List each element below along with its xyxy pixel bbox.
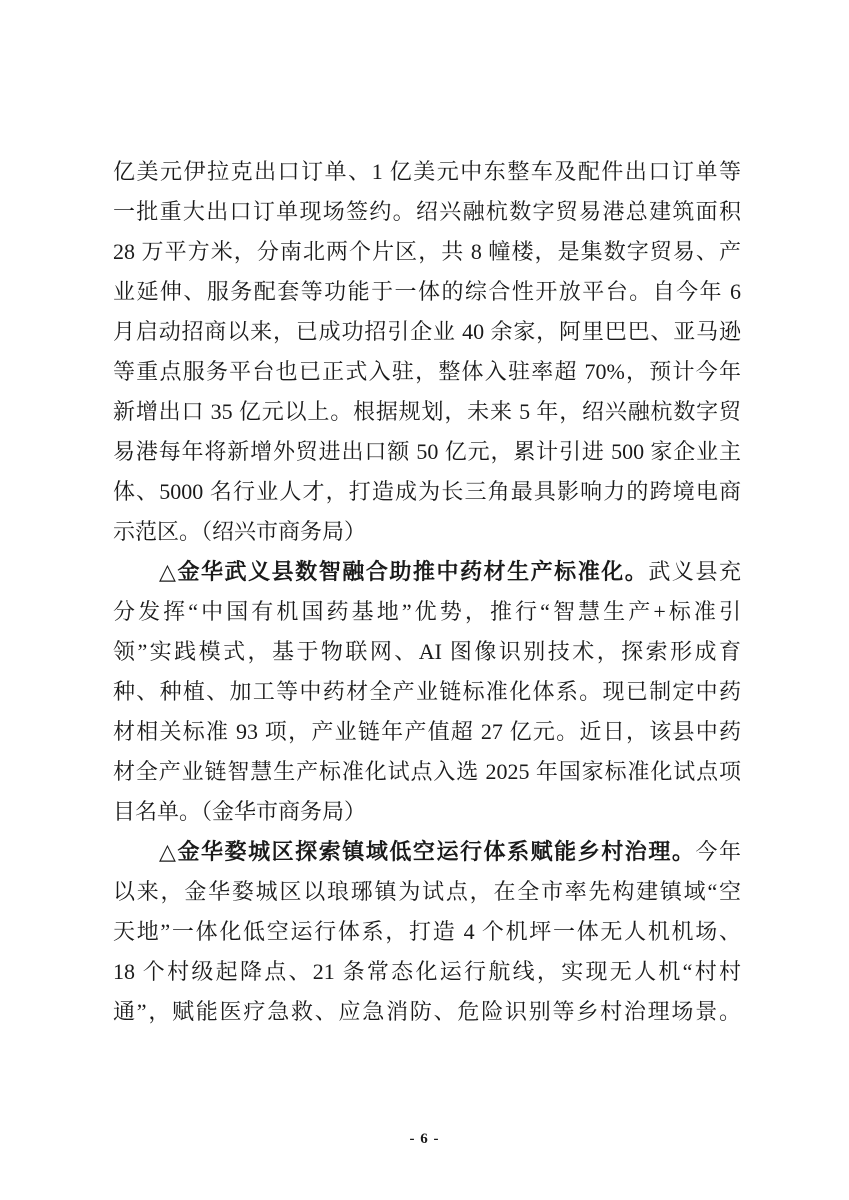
text-segment: 通”，赋能医疗急救、应急消防、危险识别等乡村治理场景。 <box>113 999 741 1024</box>
text-line: 易港每年将新增外贸进出口额 50 亿元，累计引进 500 家企业主 <box>113 432 741 472</box>
document-page: 亿美元伊拉克出口订单、1 亿美元中东整车及配件出口订单等一批重大出口订单现场签约… <box>0 0 849 1200</box>
text-line: 18 个村级起降点、21 条常态化运行航线，实现无人机“村村 <box>113 952 741 992</box>
text-segment: 武义县充 <box>648 559 741 584</box>
heading-segment: △金华武义县数智融合助推中药材生产标准化。 <box>159 559 648 584</box>
text-line: 一批重大出口订单现场签约。绍兴融杭数字贸易港总建筑面积 <box>113 192 741 232</box>
text-line: 种、种植、加工等中药材全产业链标准化体系。现已制定中药 <box>113 672 741 712</box>
text-segment: 分发挥“中国有机国药基地”优势，推行“智慧生产+标准引 <box>113 599 741 624</box>
text-segment: 示范区。（绍兴市商务局） <box>113 519 366 544</box>
text-segment: 材相关标准 93 项，产业链年产值超 27 亿元。近日，该县中药 <box>113 719 741 744</box>
text-line: △金华婺城区探索镇域低空运行体系赋能乡村治理。今年 <box>113 832 741 872</box>
text-line: 分发挥“中国有机国药基地”优势，推行“智慧生产+标准引 <box>113 592 741 632</box>
text-segment: 领”实践模式，基于物联网、AI 图像识别技术，探索形成育 <box>113 639 741 664</box>
text-segment: 新增出口 35 亿元以上。根据规划，未来 5 年，绍兴融杭数字贸 <box>113 399 741 424</box>
text-line: 业延伸、服务配套等功能于一体的综合性开放平台。自今年 6 <box>113 272 741 312</box>
text-segment: 一批重大出口订单现场签约。绍兴融杭数字贸易港总建筑面积 <box>113 199 741 224</box>
text-line: 亿美元伊拉克出口订单、1 亿美元中东整车及配件出口订单等 <box>113 152 741 192</box>
text-line: 示范区。（绍兴市商务局） <box>113 512 741 552</box>
document-body: 亿美元伊拉克出口订单、1 亿美元中东整车及配件出口订单等一批重大出口订单现场签约… <box>113 152 741 1032</box>
text-segment: 材全产业链智慧生产标准化试点入选 2025 年国家标准化试点项 <box>113 759 741 784</box>
text-segment: 目名单。（金华市商务局） <box>113 799 366 824</box>
text-segment: 18 个村级起降点、21 条常态化运行航线，实现无人机“村村 <box>113 959 741 984</box>
text-line: 天地”一体化低空运行体系，打造 4 个机坪一体无人机机场、 <box>113 912 741 952</box>
text-line: 材全产业链智慧生产标准化试点入选 2025 年国家标准化试点项 <box>113 752 741 792</box>
text-segment: 天地”一体化低空运行体系，打造 4 个机坪一体无人机机场、 <box>113 919 741 944</box>
text-line: 以来，金华婺城区以琅琊镇为试点，在全市率先构建镇域“空 <box>113 872 741 912</box>
text-segment: 业延伸、服务配套等功能于一体的综合性开放平台。自今年 6 <box>113 279 741 304</box>
text-segment: 等重点服务平台也已正式入驻，整体入驻率超 70%，预计今年 <box>113 359 741 384</box>
text-segment: 易港每年将新增外贸进出口额 50 亿元，累计引进 500 家企业主 <box>113 439 741 464</box>
text-line: 等重点服务平台也已正式入驻，整体入驻率超 70%，预计今年 <box>113 352 741 392</box>
text-segment: 28 万平方米，分南北两个片区，共 8 幢楼，是集数字贸易、产 <box>113 239 741 264</box>
text-segment: 以来，金华婺城区以琅琊镇为试点，在全市率先构建镇域“空 <box>113 879 741 904</box>
text-line: 新增出口 35 亿元以上。根据规划，未来 5 年，绍兴融杭数字贸 <box>113 392 741 432</box>
text-line: 28 万平方米，分南北两个片区，共 8 幢楼，是集数字贸易、产 <box>113 232 741 272</box>
text-segment: 种、种植、加工等中药材全产业链标准化体系。现已制定中药 <box>113 679 741 704</box>
heading-segment: △金华婺城区探索镇域低空运行体系赋能乡村治理。 <box>159 839 695 864</box>
paragraph-wucheng-low-altitude-governance: △金华婺城区探索镇域低空运行体系赋能乡村治理。今年以来，金华婺城区以琅琊镇为试点… <box>113 832 741 1032</box>
text-line: △金华武义县数智融合助推中药材生产标准化。武义县充 <box>113 552 741 592</box>
paragraph-shaoxing-digital-trade-port: 亿美元伊拉克出口订单、1 亿美元中东整车及配件出口订单等一批重大出口订单现场签约… <box>113 152 741 552</box>
text-segment: 体、5000 名行业人才，打造成为长三角最具影响力的跨境电商 <box>113 479 741 504</box>
text-line: 目名单。（金华市商务局） <box>113 792 741 832</box>
text-line: 通”，赋能医疗急救、应急消防、危险识别等乡村治理场景。 <box>113 992 741 1032</box>
text-line: 材相关标准 93 项，产业链年产值超 27 亿元。近日，该县中药 <box>113 712 741 752</box>
page-number: - 6 - <box>410 1131 440 1147</box>
text-segment: 亿美元伊拉克出口订单、1 亿美元中东整车及配件出口订单等 <box>113 159 741 184</box>
paragraph-wuyi-tcm-standardization: △金华武义县数智融合助推中药材生产标准化。武义县充分发挥“中国有机国药基地”优势… <box>113 552 741 832</box>
text-segment: 月启动招商以来，已成功招引企业 40 余家，阿里巴巴、亚马逊 <box>113 319 741 344</box>
text-segment: 今年 <box>695 839 741 864</box>
text-line: 月启动招商以来，已成功招引企业 40 余家，阿里巴巴、亚马逊 <box>113 312 741 352</box>
text-line: 体、5000 名行业人才，打造成为长三角最具影响力的跨境电商 <box>113 472 741 512</box>
text-line: 领”实践模式，基于物联网、AI 图像识别技术，探索形成育 <box>113 632 741 672</box>
page-footer: - 6 - <box>0 1130 849 1148</box>
